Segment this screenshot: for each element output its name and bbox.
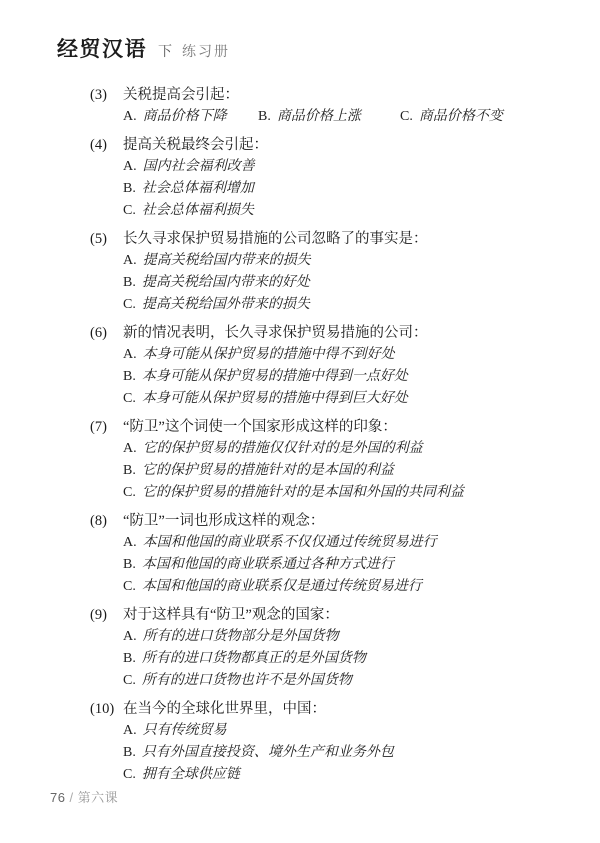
option-text: 它的保护贸易的措施针对的是本国和外国的共同利益	[142, 485, 464, 500]
question-6: (6)新的情况表明，长久寻求保护贸易措施的公司： A.本身可能从保护贸易的措施中…	[90, 322, 570, 410]
question-stem-line: (9)对于这样具有“防卫”观念的国家：	[90, 604, 570, 626]
question-stem: 对于这样具有“防卫”观念的国家：	[123, 607, 339, 623]
option-label: A.	[123, 159, 137, 174]
option-label: A.	[123, 723, 137, 738]
question-stem-line: (10)在当今的全球化世界里，中国：	[90, 698, 570, 720]
question-7: (7)“防卫”这个词使一个国家形成这样的印象： A.它的保护贸易的措施仅仅针对的…	[90, 416, 570, 504]
option-label: B.	[123, 651, 136, 666]
footer-separator: /	[69, 790, 73, 805]
question-number: (4)	[90, 134, 123, 156]
question-stem-line: (7)“防卫”这个词使一个国家形成这样的印象：	[90, 416, 570, 438]
question-number: (10)	[90, 698, 123, 720]
option-b: B.它的保护贸易的措施针对的是本国的利益	[123, 460, 570, 482]
option-label: B.	[123, 557, 136, 572]
question-4: (4)提高关税最终会引起： A.国内社会福利改善 B.社会总体福利增加 C.社会…	[90, 134, 570, 222]
option-text: 商品价格不变	[419, 109, 503, 124]
option-text: 提高关税给国内带来的好处	[142, 275, 310, 290]
question-stem: 提高关税最终会引起：	[123, 137, 268, 153]
option-text: 本国和他国的商业联系仅是通过传统贸易进行	[142, 579, 422, 594]
option-label: B.	[123, 181, 136, 196]
option-text: 社会总体福利损失	[142, 203, 254, 218]
option-label: A.	[123, 535, 137, 550]
option-a: A.本身可能从保护贸易的措施中得不到好处	[123, 344, 570, 366]
option-a: A.本国和他国的商业联系不仅仅通过传统贸易进行	[123, 532, 570, 554]
question-stem: “防卫”一词也形成这样的观念：	[123, 513, 324, 529]
question-stem-line: (8)“防卫”一词也形成这样的观念：	[90, 510, 570, 532]
option-text: 本身可能从保护贸易的措施中得不到好处	[143, 347, 395, 362]
option-b: B.所有的进口货物都真正的是外国货物	[123, 648, 570, 670]
option-a: A.只有传统贸易	[123, 720, 570, 742]
option-label: A.	[123, 347, 137, 362]
lesson-label: 第六课	[78, 790, 119, 805]
page-header: 经贸汉语 下 练习册	[57, 33, 230, 63]
question-number: (6)	[90, 322, 123, 344]
option-a: A.提高关税给国内带来的损失	[123, 250, 570, 272]
option-text: 社会总体福利增加	[142, 181, 254, 196]
option-text: 商品价格上涨	[277, 109, 361, 124]
option-label: C.	[123, 767, 136, 782]
option-text: 所有的进口货物也许不是外国货物	[142, 673, 352, 688]
question-stem: “防卫”这个词使一个国家形成这样的印象：	[123, 419, 397, 435]
option-text: 提高关税给国外带来的损失	[142, 297, 310, 312]
question-number: (9)	[90, 604, 123, 626]
question-stem-line: (5)长久寻求保护贸易措施的公司忽略了的事实是：	[90, 228, 570, 250]
option-a: A.所有的进口货物部分是外国货物	[123, 626, 570, 648]
option-c: C.提高关税给国外带来的损失	[123, 294, 570, 316]
option-label: C.	[123, 673, 136, 688]
book-logo: 经贸汉语	[57, 33, 147, 63]
option-label: C.	[123, 579, 136, 594]
option-label: B.	[123, 369, 136, 384]
question-number: (7)	[90, 416, 123, 438]
question-stem: 在当今的全球化世界里，中国：	[123, 701, 326, 717]
option-b: B.社会总体福利增加	[123, 178, 570, 200]
option-a: A.商品价格下降	[123, 106, 258, 128]
option-c: C.它的保护贸易的措施针对的是本国和外国的共同利益	[123, 482, 570, 504]
option-b: B.提高关税给国内带来的好处	[123, 272, 570, 294]
option-label: C.	[123, 485, 136, 500]
option-label: B.	[123, 463, 136, 478]
option-label: A.	[123, 253, 137, 268]
option-text: 本国和他国的商业联系通过各种方式进行	[142, 557, 394, 572]
option-label: C.	[123, 297, 136, 312]
option-label: C.	[400, 109, 413, 124]
questions-list: (3)关税提高会引起： A.商品价格下降 B.商品价格上涨 C.商品价格不变 (…	[90, 84, 570, 792]
option-text: 只有外国直接投资、境外生产和业务外包	[142, 745, 394, 760]
question-number: (5)	[90, 228, 123, 250]
option-text: 所有的进口货物部分是外国货物	[143, 629, 339, 644]
question-stem-line: (6)新的情况表明，长久寻求保护贸易措施的公司：	[90, 322, 570, 344]
option-c: C.商品价格不变	[400, 106, 503, 128]
question-8: (8)“防卫”一词也形成这样的观念： A.本国和他国的商业联系不仅仅通过传统贸易…	[90, 510, 570, 598]
option-text: 商品价格下降	[143, 109, 227, 124]
option-c: C.社会总体福利损失	[123, 200, 570, 222]
question-10: (10)在当今的全球化世界里，中国： A.只有传统贸易 B.只有外国直接投资、境…	[90, 698, 570, 786]
book-volume: 下	[158, 41, 172, 61]
question-9: (9)对于这样具有“防卫”观念的国家： A.所有的进口货物部分是外国货物 B.所…	[90, 604, 570, 692]
option-text: 它的保护贸易的措施针对的是本国的利益	[142, 463, 394, 478]
option-text: 它的保护贸易的措施仅仅针对的是外国的利益	[143, 441, 423, 456]
option-text: 所有的进口货物都真正的是外国货物	[142, 651, 366, 666]
option-c: C.本国和他国的商业联系仅是通过传统贸易进行	[123, 576, 570, 598]
question-number: (3)	[90, 84, 123, 106]
question-stem-line: (4)提高关税最终会引起：	[90, 134, 570, 156]
options-list: A.国内社会福利改善 B.社会总体福利增加 C.社会总体福利损失	[123, 156, 570, 222]
option-text: 本国和他国的商业联系不仅仅通过传统贸易进行	[143, 535, 437, 550]
option-b: B.商品价格上涨	[258, 106, 400, 128]
option-c: C.所有的进口货物也许不是外国货物	[123, 670, 570, 692]
question-number: (8)	[90, 510, 123, 532]
option-label: C.	[123, 391, 136, 406]
option-label: B.	[123, 275, 136, 290]
option-b: B.只有外国直接投资、境外生产和业务外包	[123, 742, 570, 764]
question-stem-line: (3)关税提高会引起：	[90, 84, 570, 106]
page-number: 76	[50, 790, 65, 805]
options-list: A.本国和他国的商业联系不仅仅通过传统贸易进行 B.本国和他国的商业联系通过各种…	[123, 532, 570, 598]
option-text: 国内社会福利改善	[143, 159, 255, 174]
option-text: 本身可能从保护贸易的措施中得到巨大好处	[142, 391, 408, 406]
option-text: 拥有全球供应链	[142, 767, 240, 782]
option-a: A.它的保护贸易的措施仅仅针对的是外国的利益	[123, 438, 570, 460]
options-list: A.本身可能从保护贸易的措施中得不到好处 B.本身可能从保护贸易的措施中得到一点…	[123, 344, 570, 410]
option-label: B.	[123, 745, 136, 760]
page-footer: 76/第六课	[50, 787, 118, 806]
book-subtitle: 练习册	[182, 41, 230, 61]
question-stem: 长久寻求保护贸易措施的公司忽略了的事实是：	[123, 231, 428, 247]
option-b: B.本身可能从保护贸易的措施中得到一点好处	[123, 366, 570, 388]
option-text: 本身可能从保护贸易的措施中得到一点好处	[142, 369, 408, 384]
options-list: A.只有传统贸易 B.只有外国直接投资、境外生产和业务外包 C.拥有全球供应链	[123, 720, 570, 786]
option-text: 只有传统贸易	[143, 723, 227, 738]
question-stem: 关税提高会引起：	[123, 87, 239, 103]
option-label: A.	[123, 109, 137, 124]
question-5: (5)长久寻求保护贸易措施的公司忽略了的事实是： A.提高关税给国内带来的损失 …	[90, 228, 570, 316]
option-c: C.本身可能从保护贸易的措施中得到巨大好处	[123, 388, 570, 410]
option-label: A.	[123, 441, 137, 456]
question-stem: 新的情况表明，长久寻求保护贸易措施的公司：	[123, 325, 428, 341]
options-row: A.商品价格下降 B.商品价格上涨 C.商品价格不变	[123, 106, 570, 128]
option-label: B.	[258, 109, 271, 124]
option-label: A.	[123, 629, 137, 644]
options-list: A.它的保护贸易的措施仅仅针对的是外国的利益 B.它的保护贸易的措施针对的是本国…	[123, 438, 570, 504]
option-b: B.本国和他国的商业联系通过各种方式进行	[123, 554, 570, 576]
options-list: A.所有的进口货物部分是外国货物 B.所有的进口货物都真正的是外国货物 C.所有…	[123, 626, 570, 692]
options-list: A.提高关税给国内带来的损失 B.提高关税给国内带来的好处 C.提高关税给国外带…	[123, 250, 570, 316]
option-label: C.	[123, 203, 136, 218]
option-text: 提高关税给国内带来的损失	[143, 253, 311, 268]
option-a: A.国内社会福利改善	[123, 156, 570, 178]
option-c: C.拥有全球供应链	[123, 764, 570, 786]
question-3: (3)关税提高会引起： A.商品价格下降 B.商品价格上涨 C.商品价格不变	[90, 84, 570, 128]
